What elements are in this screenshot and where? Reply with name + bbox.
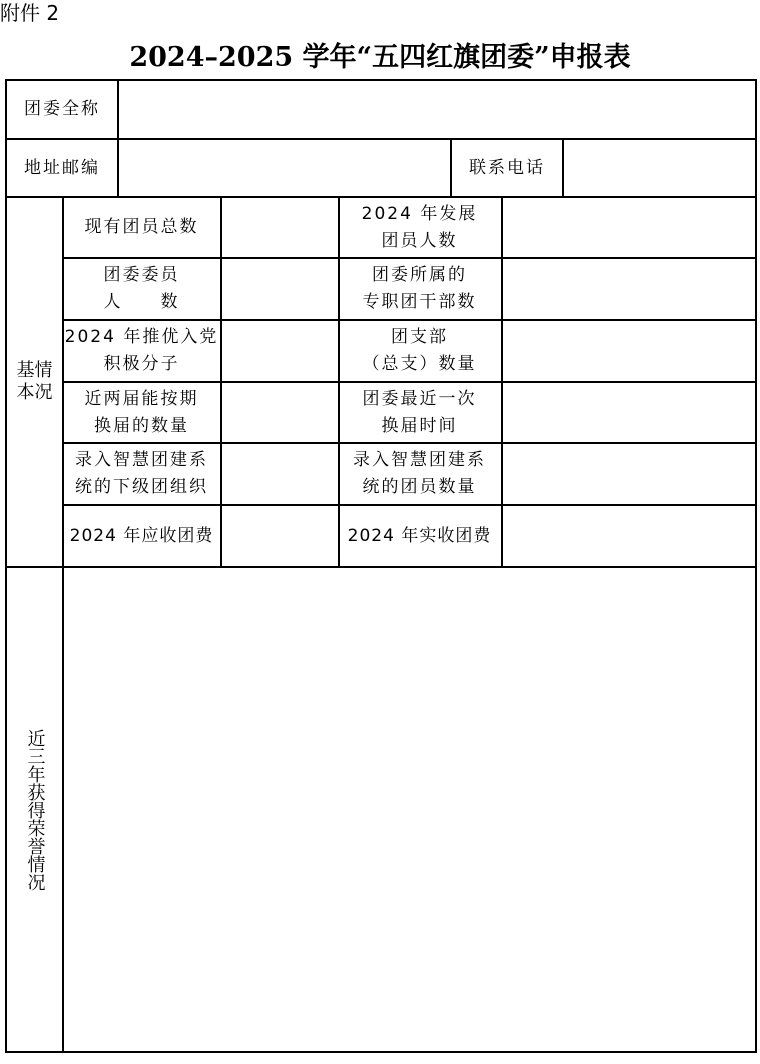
honors-field[interactable] (63, 567, 755, 1052)
label-address-postcode: 地址邮编 (6, 139, 118, 197)
label-current-members: 现有团员总数 (63, 197, 220, 258)
dues-received-2024-field[interactable] (501, 505, 755, 567)
label-new-members-2024: 2024 年发展 团员人数 (338, 197, 501, 258)
col-divider (501, 196, 503, 567)
ontime-elections-field[interactable] (220, 382, 338, 443)
col-divider (220, 196, 222, 567)
table-border-bottom (6, 1051, 756, 1053)
table-border-top (6, 79, 756, 81)
section-label-basic-info: 基情 本况 (6, 197, 63, 567)
label-committee-name: 团委全称 (6, 80, 118, 139)
dues-receivable-2024-field[interactable] (220, 505, 338, 567)
current-members-field[interactable] (220, 197, 338, 258)
label-last-election-time: 团委最近一次 换届时间 (338, 382, 501, 443)
row-divider (63, 504, 756, 506)
col-divider (62, 196, 64, 1053)
fulltime-cadres-field[interactable] (501, 258, 755, 320)
committee-name-field[interactable] (118, 80, 755, 139)
label-ontime-elections: 近两届能按期 换届的数量 (63, 382, 220, 443)
row-divider (63, 319, 756, 321)
contact-phone-field[interactable] (563, 139, 755, 197)
last-election-time-field[interactable] (501, 382, 755, 443)
page-title: 2024–2025 学年“五四红旗团委”申报表 (0, 40, 760, 76)
col-divider (450, 138, 452, 197)
label-sub-orgs-registered: 录入智慧团建系 统的下级团组织 (63, 443, 220, 505)
table-border-left (5, 79, 7, 1053)
col-divider (562, 138, 564, 197)
attachment-label: 附件 2 (0, 0, 59, 26)
new-members-2024-field[interactable] (501, 197, 755, 258)
row-divider (6, 138, 756, 140)
label-contact-phone: 联系电话 (451, 139, 563, 197)
label-dues-receivable-2024: 2024 年应收团费 (63, 505, 220, 567)
label-members-registered: 录入智慧团建系 统的团员数量 (338, 443, 501, 505)
row-divider (63, 442, 756, 444)
row-divider (63, 257, 756, 259)
members-registered-field[interactable] (501, 443, 755, 505)
table-border-right (755, 79, 757, 1053)
section-label-honors: 近三年获得荣誉情况 (6, 567, 63, 1052)
label-committee-members: 团委委员 人 数 (63, 258, 220, 320)
label-fulltime-cadres: 团委所属的 专职团干部数 (338, 258, 501, 320)
col-divider (338, 196, 340, 567)
row-divider (6, 196, 756, 198)
party-activists-2024-field[interactable] (220, 320, 338, 382)
row-divider (6, 566, 756, 568)
row-divider (63, 381, 756, 383)
label-party-activists-2024: 2024 年推优入党 积极分子 (63, 320, 220, 382)
committee-members-field[interactable] (220, 258, 338, 320)
label-branch-count: 团支部 （总支）数量 (338, 320, 501, 382)
label-dues-received-2024: 2024 年实收团费 (338, 505, 501, 567)
col-divider (117, 79, 119, 197)
sub-orgs-registered-field[interactable] (220, 443, 338, 505)
branch-count-field[interactable] (501, 320, 755, 382)
address-postcode-field[interactable] (118, 139, 451, 197)
honors-label-text: 近三年获得荣誉情况 (25, 729, 45, 891)
